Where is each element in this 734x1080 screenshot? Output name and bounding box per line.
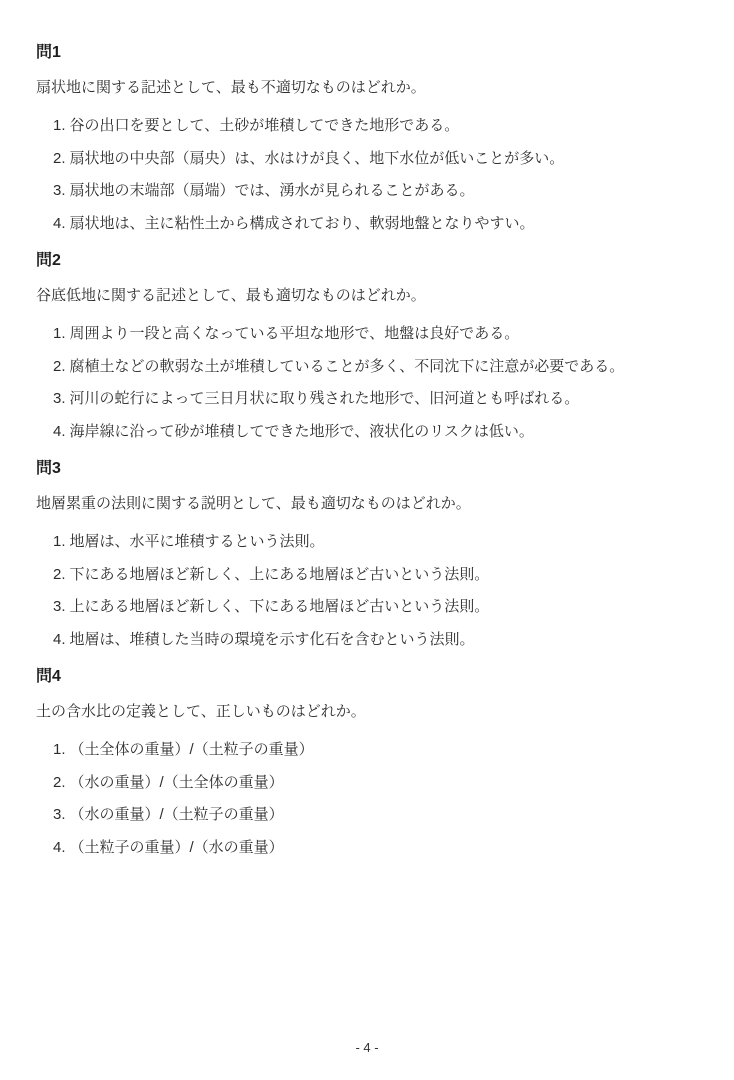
option-text: 海岸線に沿って砂が堆積してできた地形で、液状化のリスクは低い。 xyxy=(70,423,534,440)
option-number: 1. xyxy=(53,318,66,351)
option-text: （水の重量）/（土全体の重量） xyxy=(70,774,284,791)
option-number: 2. xyxy=(53,351,66,384)
option-number: 2. xyxy=(53,143,66,176)
option-number: 1. xyxy=(53,526,66,559)
question-block: 問1 扇状地に関する記述として、最も不適切なものはどれか。 1.谷の出口を要とし… xyxy=(36,42,700,240)
option-number: 2. xyxy=(53,559,66,592)
option-number: 2. xyxy=(53,767,66,800)
option-number: 3. xyxy=(53,175,66,208)
exam-page: 問1 扇状地に関する記述として、最も不適切なものはどれか。 1.谷の出口を要とし… xyxy=(36,42,700,874)
question-stem: 地層累重の法則に関する説明として、最も適切なものはどれか。 xyxy=(36,493,700,514)
option-text: （水の重量）/（土粒子の重量） xyxy=(70,806,284,823)
option-number: 3. xyxy=(53,383,66,416)
option-text: （土粒子の重量）/（水の重量） xyxy=(70,839,284,856)
option-list: 1.谷の出口を要として、土砂が堆積してできた地形である。 2.扇状地の中央部（扇… xyxy=(36,110,700,240)
option-text: 腐植土などの軟弱な土が堆積していることが多く、不同沈下に注意が必要である。 xyxy=(70,358,625,375)
question-list: 問1 扇状地に関する記述として、最も不適切なものはどれか。 1.谷の出口を要とし… xyxy=(36,42,700,864)
option-item: 4.地層は、堆積した当時の環境を示す化石を含むという法則。 xyxy=(53,624,700,657)
option-text: （土全体の重量）/（土粒子の重量） xyxy=(70,741,314,758)
option-item: 2.下にある地層ほど新しく、上にある地層ほど古いという法則。 xyxy=(53,559,700,592)
question-stem: 土の含水比の定義として、正しいものはどれか。 xyxy=(36,701,700,722)
option-item: 3.（水の重量）/（土粒子の重量） xyxy=(53,799,700,832)
option-number: 4. xyxy=(53,208,66,241)
option-text: 扇状地の末端部（扇端）では、湧水が見られることがある。 xyxy=(70,182,475,199)
question-block: 問2 谷底低地に関する記述として、最も適切なものはどれか。 1.周囲より一段と高… xyxy=(36,250,700,448)
option-item: 3.扇状地の末端部（扇端）では、湧水が見られることがある。 xyxy=(53,175,700,208)
option-text: 地層は、堆積した当時の環境を示す化石を含むという法則。 xyxy=(70,631,475,648)
option-list: 1.地層は、水平に堆積するという法則。 2.下にある地層ほど新しく、上にある地層… xyxy=(36,526,700,656)
question-label: 問4 xyxy=(36,666,700,688)
option-number: 4. xyxy=(53,416,66,449)
option-item: 1.（土全体の重量）/（土粒子の重量） xyxy=(53,734,700,767)
question-stem: 谷底低地に関する記述として、最も適切なものはどれか。 xyxy=(36,285,700,306)
option-list: 1.周囲より一段と高くなっている平坦な地形で、地盤は良好である。 2.腐植土など… xyxy=(36,318,700,448)
question-label: 問2 xyxy=(36,250,700,272)
question-label: 問1 xyxy=(36,42,700,64)
option-number: 4. xyxy=(53,624,66,657)
option-text: 谷の出口を要として、土砂が堆積してできた地形である。 xyxy=(70,117,460,134)
option-text: 下にある地層ほど新しく、上にある地層ほど古いという法則。 xyxy=(70,566,490,583)
option-item: 4.（土粒子の重量）/（水の重量） xyxy=(53,832,700,865)
option-text: 扇状地の中央部（扇央）は、水はけが良く、地下水位が低いことが多い。 xyxy=(70,150,565,167)
option-item: 3.河川の蛇行によって三日月状に取り残された地形で、旧河道とも呼ばれる。 xyxy=(53,383,700,416)
option-item: 2.（水の重量）/（土全体の重量） xyxy=(53,767,700,800)
option-number: 1. xyxy=(53,110,66,143)
option-text: 扇状地は、主に粘性土から構成されており、軟弱地盤となりやすい。 xyxy=(70,215,535,232)
option-item: 4.海岸線に沿って砂が堆積してできた地形で、液状化のリスクは低い。 xyxy=(53,416,700,449)
option-text: 周囲より一段と高くなっている平坦な地形で、地盤は良好である。 xyxy=(70,325,520,342)
question-label: 問3 xyxy=(36,458,700,480)
option-item: 1.地層は、水平に堆積するという法則。 xyxy=(53,526,700,559)
option-number: 3. xyxy=(53,799,66,832)
option-text: 地層は、水平に堆積するという法則。 xyxy=(70,533,325,550)
option-text: 上にある地層ほど新しく、下にある地層ほど古いという法則。 xyxy=(70,598,490,615)
option-list: 1.（土全体の重量）/（土粒子の重量） 2.（水の重量）/（土全体の重量） 3.… xyxy=(36,734,700,864)
option-number: 1. xyxy=(53,734,66,767)
option-item: 2.扇状地の中央部（扇央）は、水はけが良く、地下水位が低いことが多い。 xyxy=(53,143,700,176)
option-number: 4. xyxy=(53,832,66,865)
option-item: 2.腐植土などの軟弱な土が堆積していることが多く、不同沈下に注意が必要である。 xyxy=(53,351,700,384)
option-number: 3. xyxy=(53,591,66,624)
option-item: 3.上にある地層ほど新しく、下にある地層ほど古いという法則。 xyxy=(53,591,700,624)
page-number: - 4 - xyxy=(0,1040,734,1055)
question-stem: 扇状地に関する記述として、最も不適切なものはどれか。 xyxy=(36,77,700,98)
question-block: 問4 土の含水比の定義として、正しいものはどれか。 1.（土全体の重量）/（土粒… xyxy=(36,666,700,864)
question-block: 問3 地層累重の法則に関する説明として、最も適切なものはどれか。 1.地層は、水… xyxy=(36,458,700,656)
option-text: 河川の蛇行によって三日月状に取り残された地形で、旧河道とも呼ばれる。 xyxy=(70,390,580,407)
option-item: 4.扇状地は、主に粘性土から構成されており、軟弱地盤となりやすい。 xyxy=(53,208,700,241)
option-item: 1.周囲より一段と高くなっている平坦な地形で、地盤は良好である。 xyxy=(53,318,700,351)
option-item: 1.谷の出口を要として、土砂が堆積してできた地形である。 xyxy=(53,110,700,143)
